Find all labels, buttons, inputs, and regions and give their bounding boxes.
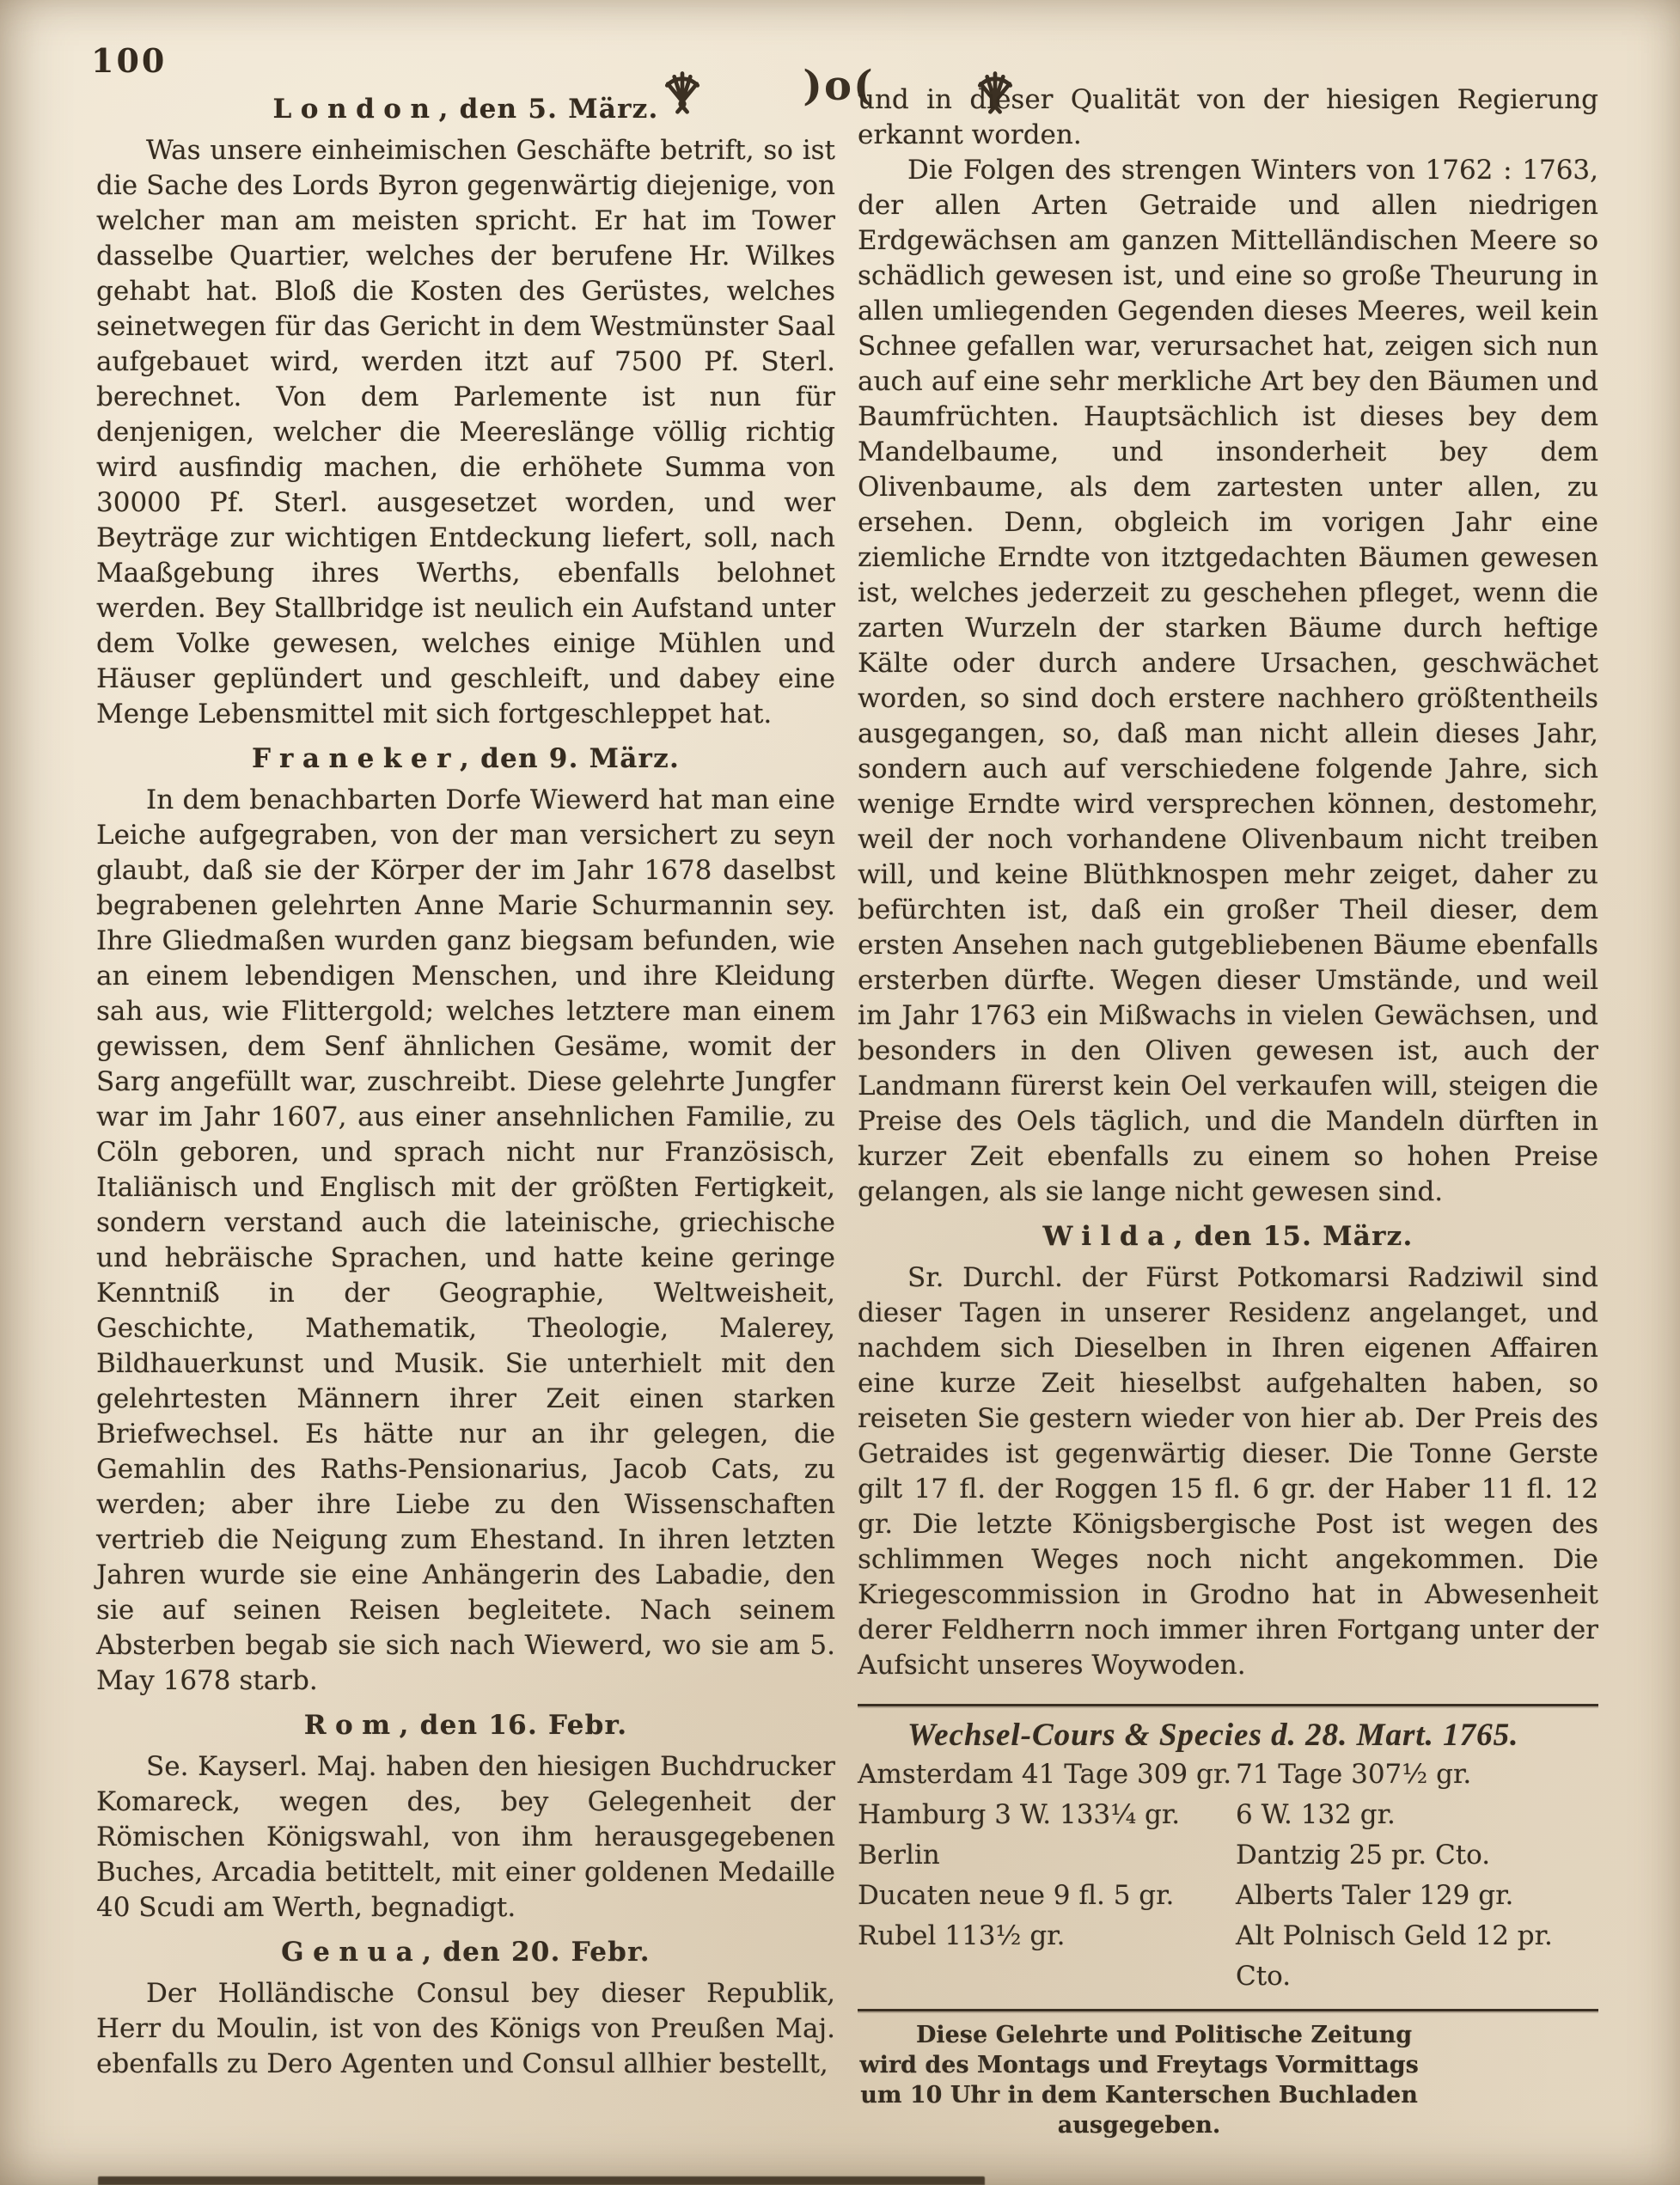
exchange-row: Rubel 113½ gr. Alt Polnisch Geld 12 pr. … <box>858 1916 1598 1997</box>
exchange-cell-left: Rubel 113½ gr. <box>858 1916 1236 1997</box>
dateline-date: , den 15. März. <box>1174 1221 1414 1252</box>
dateline-date: , den 5. März. <box>439 94 659 125</box>
dateline-date: , den 9. März. <box>460 743 680 774</box>
exchange-cell-left: Hamburg 3 W. 133¼ gr. <box>858 1795 1236 1835</box>
right-column: und in dieser Qualität von der hiesigen … <box>858 82 1598 2140</box>
dateline-place: Rom <box>304 1710 400 1741</box>
article-genua-heading: Genua, den 20. Febr. <box>96 1935 835 1970</box>
exchange-row: Berlin Dantzig 25 pr. Cto. <box>858 1835 1598 1876</box>
article-london-body: Was unsere einheimischen Geschäfte betri… <box>96 133 835 732</box>
imprint-top-rule <box>858 2009 1598 2011</box>
exchange-cell-left: Amsterdam 41 Tage 309 gr. <box>858 1755 1236 1795</box>
newspaper-page: 100 )o( London, den 5. März. Was unsere … <box>0 0 1680 2185</box>
article-franeker: Franeker, den 9. März. In dem benachbart… <box>96 742 835 1699</box>
winter-report-paragraph: Die Folgen des strengen Winters von 1762… <box>858 153 1598 1210</box>
exchange-cell-right: 71 Tage 307½ gr. <box>1236 1755 1598 1795</box>
exchange-title: Wechsel-Cours & Species d. 28. Mart. 176… <box>858 1717 1598 1755</box>
imprint-notice: Diese Gelehrte und Politische Zeitung wi… <box>858 2020 1420 2140</box>
dateline-place: London <box>272 94 438 125</box>
article-rom-heading: Rom, den 16. Febr. <box>96 1708 835 1743</box>
dateline-place: Wilda <box>1042 1221 1173 1252</box>
article-london: London, den 5. März. Was unsere einheimi… <box>96 92 835 732</box>
article-wilda: Wilda, den 15. März. Sr. Durchl. der Für… <box>858 1219 1598 1683</box>
genua-continuation: und in dieser Qualität von der hiesigen … <box>858 82 1598 153</box>
dateline-date: , den 16. Febr. <box>400 1710 628 1741</box>
left-column: London, den 5. März. Was unsere einheimi… <box>96 82 835 2082</box>
exchange-cell-left: Ducaten neue 9 fl. 5 gr. <box>858 1876 1236 1916</box>
article-wilda-body: Sr. Durchl. der Fürst Potkomarsi Radziwi… <box>858 1260 1598 1683</box>
exchange-cell-right: 6 W. 132 gr. <box>1236 1795 1598 1835</box>
exchange-row: Hamburg 3 W. 133¼ gr. 6 W. 132 gr. <box>858 1795 1598 1835</box>
scan-edge-artifact <box>98 2176 985 2185</box>
article-franeker-body: In dem benachbarten Dorfe Wiewerd hat ma… <box>96 783 835 1699</box>
exchange-cell-left: Berlin <box>858 1835 1236 1876</box>
article-wilda-heading: Wilda, den 15. März. <box>858 1219 1598 1254</box>
exchange-table: Wechsel-Cours & Species d. 28. Mart. 176… <box>858 1717 1598 1997</box>
exchange-cell-right: Dantzig 25 pr. Cto. <box>1236 1835 1598 1876</box>
article-genua: Genua, den 20. Febr. Der Holländische Co… <box>96 1935 835 2082</box>
dateline-place: Genua <box>281 1937 422 1968</box>
dateline-date: , den 20. Febr. <box>422 1937 651 1968</box>
exchange-top-rule <box>858 1704 1598 1706</box>
exchange-row: Amsterdam 41 Tage 309 gr. 71 Tage 307½ g… <box>858 1755 1598 1795</box>
article-rom-body: Se. Kayserl. Maj. haben den hiesigen Buc… <box>96 1749 835 1926</box>
exchange-cell-right: Alberts Taler 129 gr. <box>1236 1876 1598 1916</box>
article-genua-body: Der Holländische Consul bey dieser Repub… <box>96 1976 835 2082</box>
article-franeker-heading: Franeker, den 9. März. <box>96 742 835 777</box>
dateline-place: Franeker <box>252 743 460 774</box>
article-rom: Rom, den 16. Febr. Se. Kayserl. Maj. hab… <box>96 1708 835 1926</box>
exchange-row: Ducaten neue 9 fl. 5 gr. Alberts Taler 1… <box>858 1876 1598 1916</box>
exchange-cell-right: Alt Polnisch Geld 12 pr. Cto. <box>1236 1916 1598 1997</box>
article-london-heading: London, den 5. März. <box>96 92 835 127</box>
page-number: 100 <box>91 41 167 80</box>
